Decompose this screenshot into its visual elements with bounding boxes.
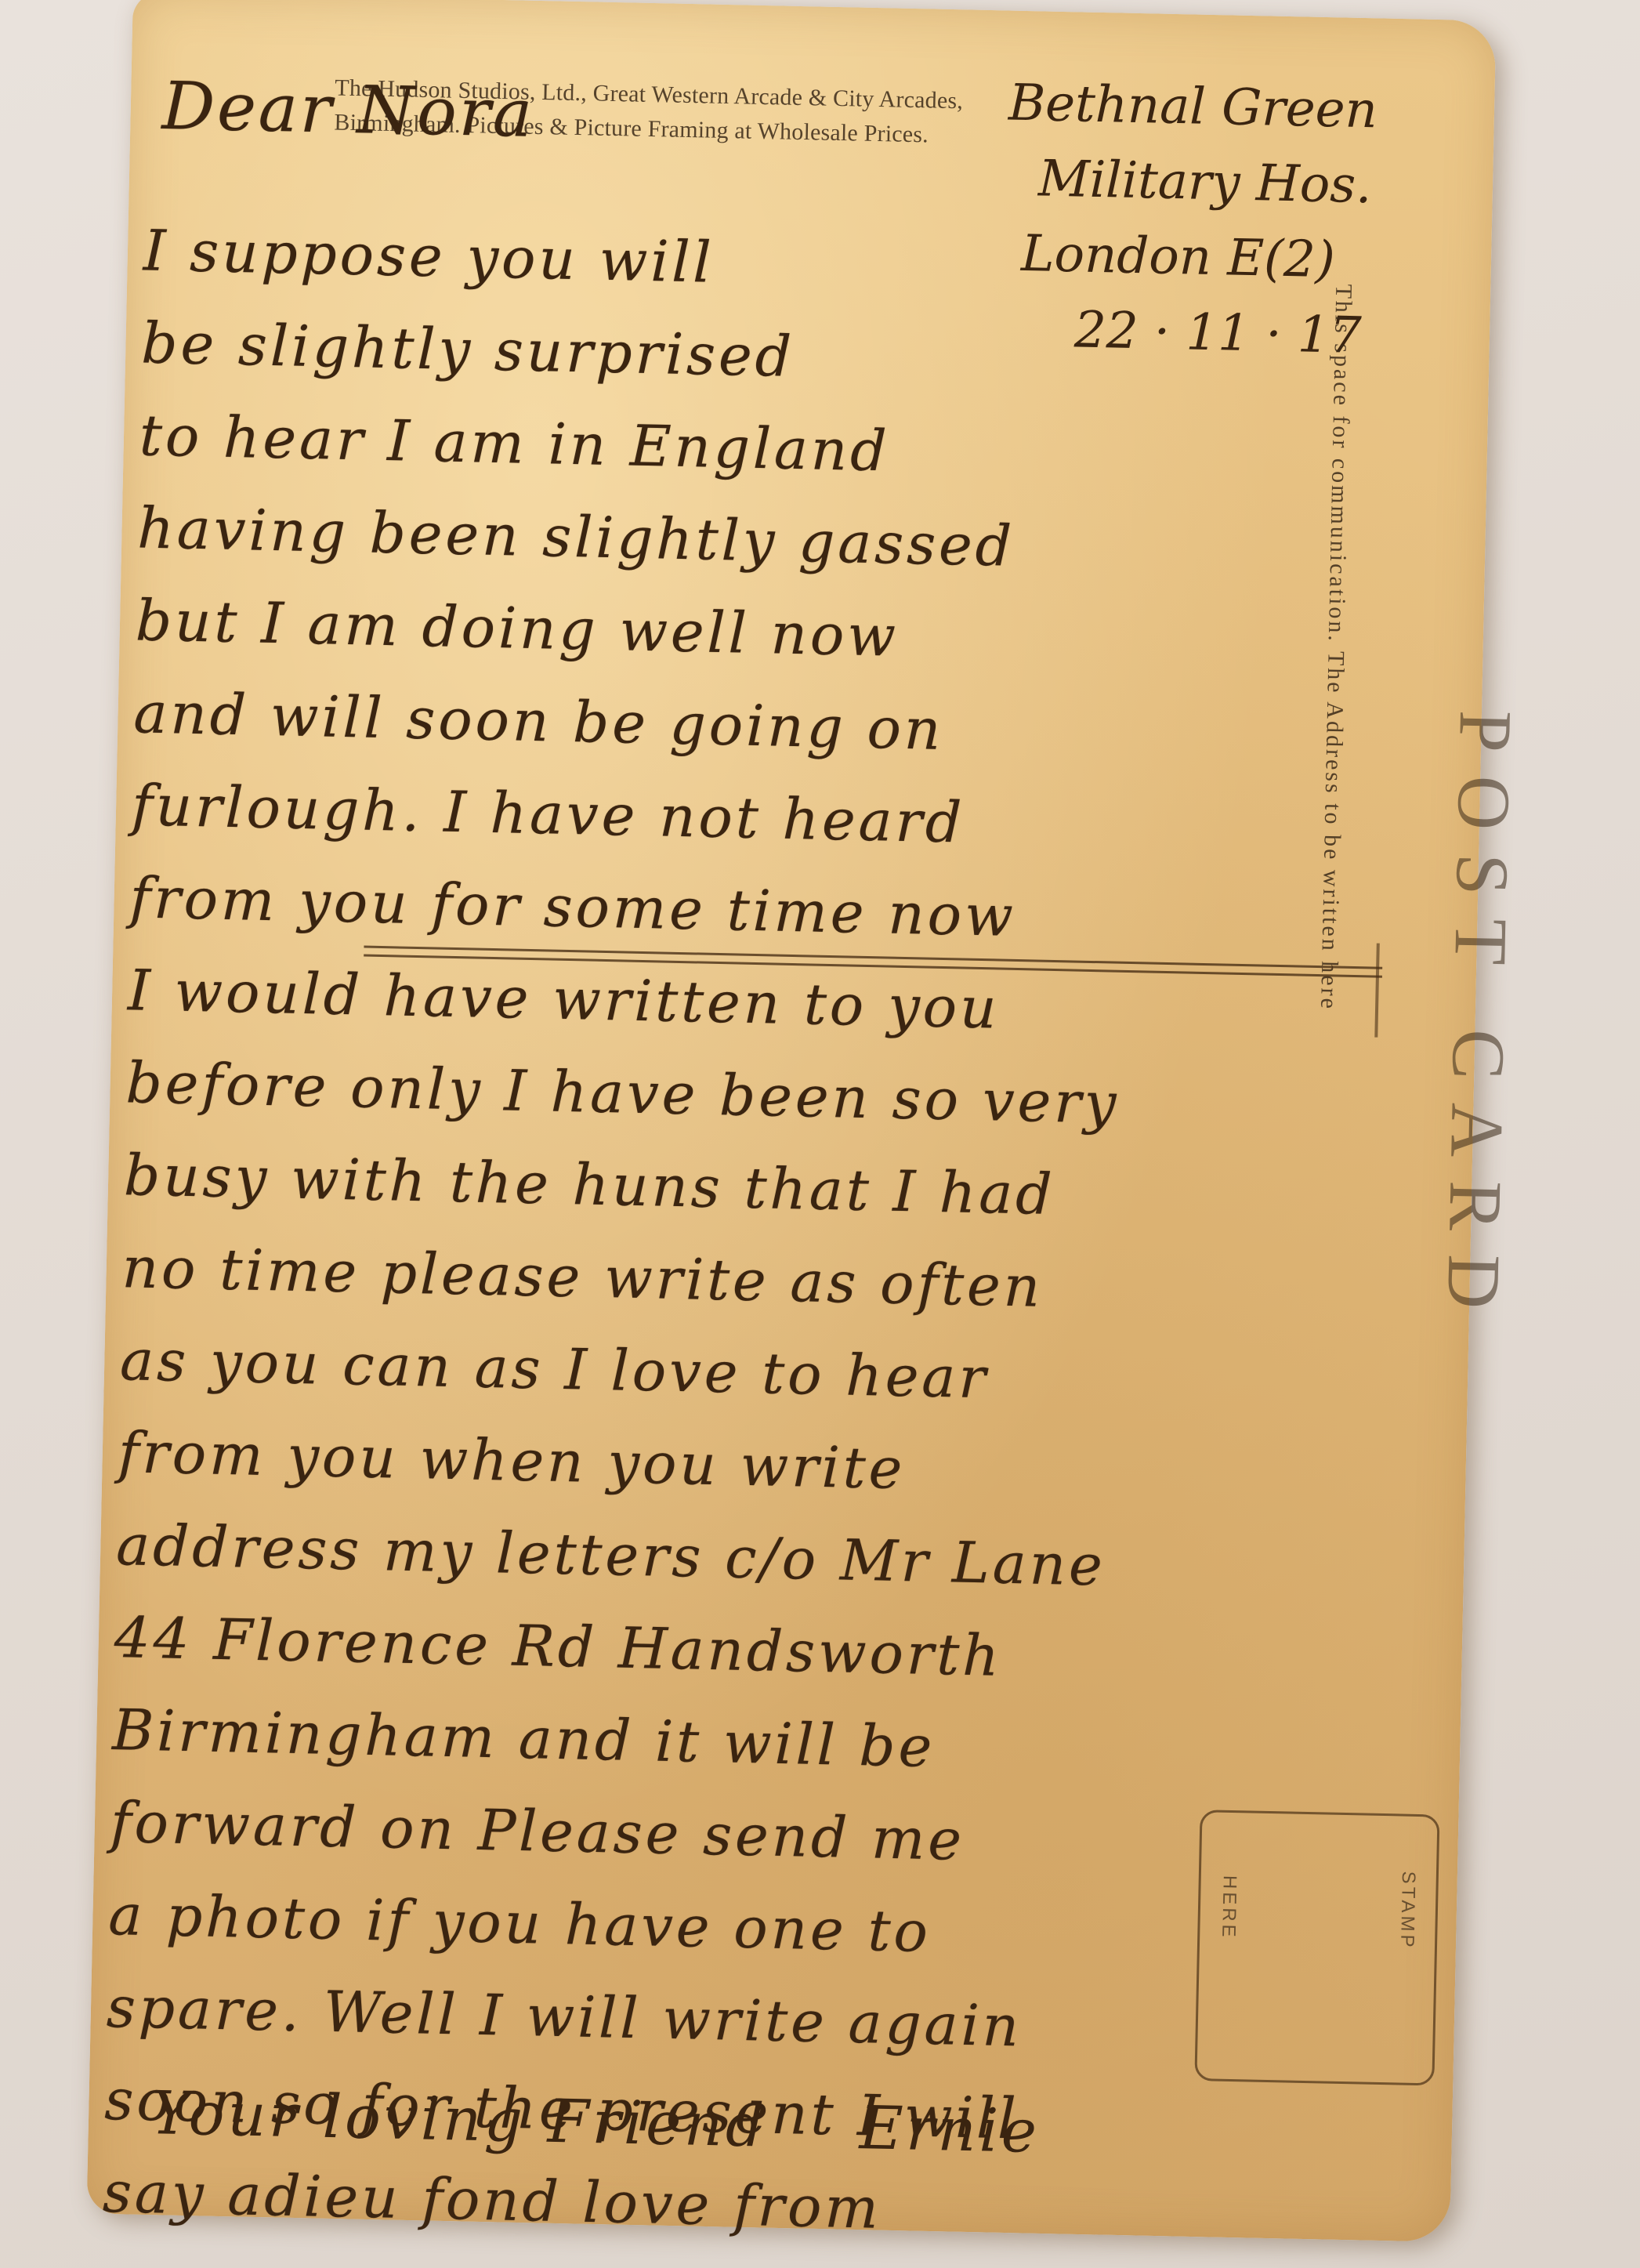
closing: Your loving Friend bbox=[150, 2078, 767, 2160]
stamp-box: HERE STAMP bbox=[1194, 1810, 1439, 2085]
address-line-2: Military Hos. bbox=[1006, 141, 1377, 224]
address-line-1: Bethnal Green bbox=[1008, 66, 1378, 149]
stamp-box-here-label: HERE bbox=[1217, 1875, 1240, 1940]
postcard: The Hudson Studios, Ltd., Great Western … bbox=[87, 0, 1497, 2242]
greeting: Dear Nora bbox=[161, 67, 535, 152]
stamp-box-stamp-label: STAMP bbox=[1396, 1871, 1419, 1950]
signature-name: Ernie bbox=[859, 2092, 1041, 2166]
